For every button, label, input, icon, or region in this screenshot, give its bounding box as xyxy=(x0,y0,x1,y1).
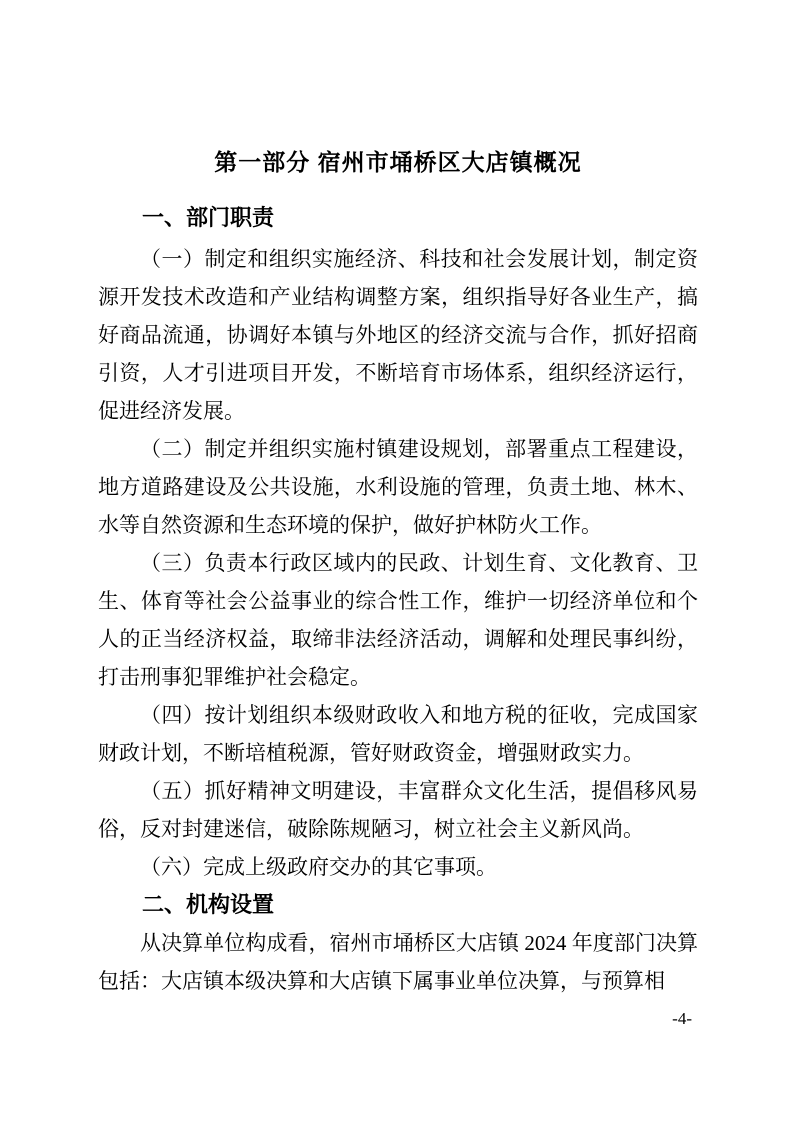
paragraph-duty-3: （三）负责本行政区域内的民政、计划生育、文化教育、卫生、体育等社会公益事业的综合… xyxy=(98,544,698,696)
paragraph-duty-4: （四）按计划组织本级财政收入和地方税的征收，完成国家财政计划，不断培植税源，管好… xyxy=(98,696,698,772)
section-heading-department-duties: 一、部门职责 xyxy=(98,199,698,237)
page-number: -4- xyxy=(98,1000,698,1038)
document-page: 第一部分 宿州市埇桥区大店镇概况 一、部门职责 （一）制定和组织实施经济、科技和… xyxy=(0,0,793,1122)
paragraph-duty-2: （二）制定并组织实施村镇建设规划，部署重点工程建设，地方道路建设及公共设施，水利… xyxy=(98,430,698,544)
paragraph-duty-5: （五）抓好精神文明建设，丰富群众文化生活，提倡移风易俗，反对封建迷信，破除陈规陋… xyxy=(98,772,698,848)
section-heading-organization-setup: 二、机构设置 xyxy=(98,886,698,924)
page-title: 第一部分 宿州市埇桥区大店镇概况 xyxy=(98,146,698,178)
paragraph-duty-1: （一）制定和组织实施经济、科技和社会发展计划，制定资源开发技术改造和产业结构调整… xyxy=(98,240,698,430)
paragraph-organization-1: 从决算单位构成看，宿州市埇桥区大店镇 2024 年度部门决算包括：大店镇本级决算… xyxy=(98,924,698,1000)
paragraph-duty-6: （六）完成上级政府交办的其它事项。 xyxy=(98,848,698,886)
